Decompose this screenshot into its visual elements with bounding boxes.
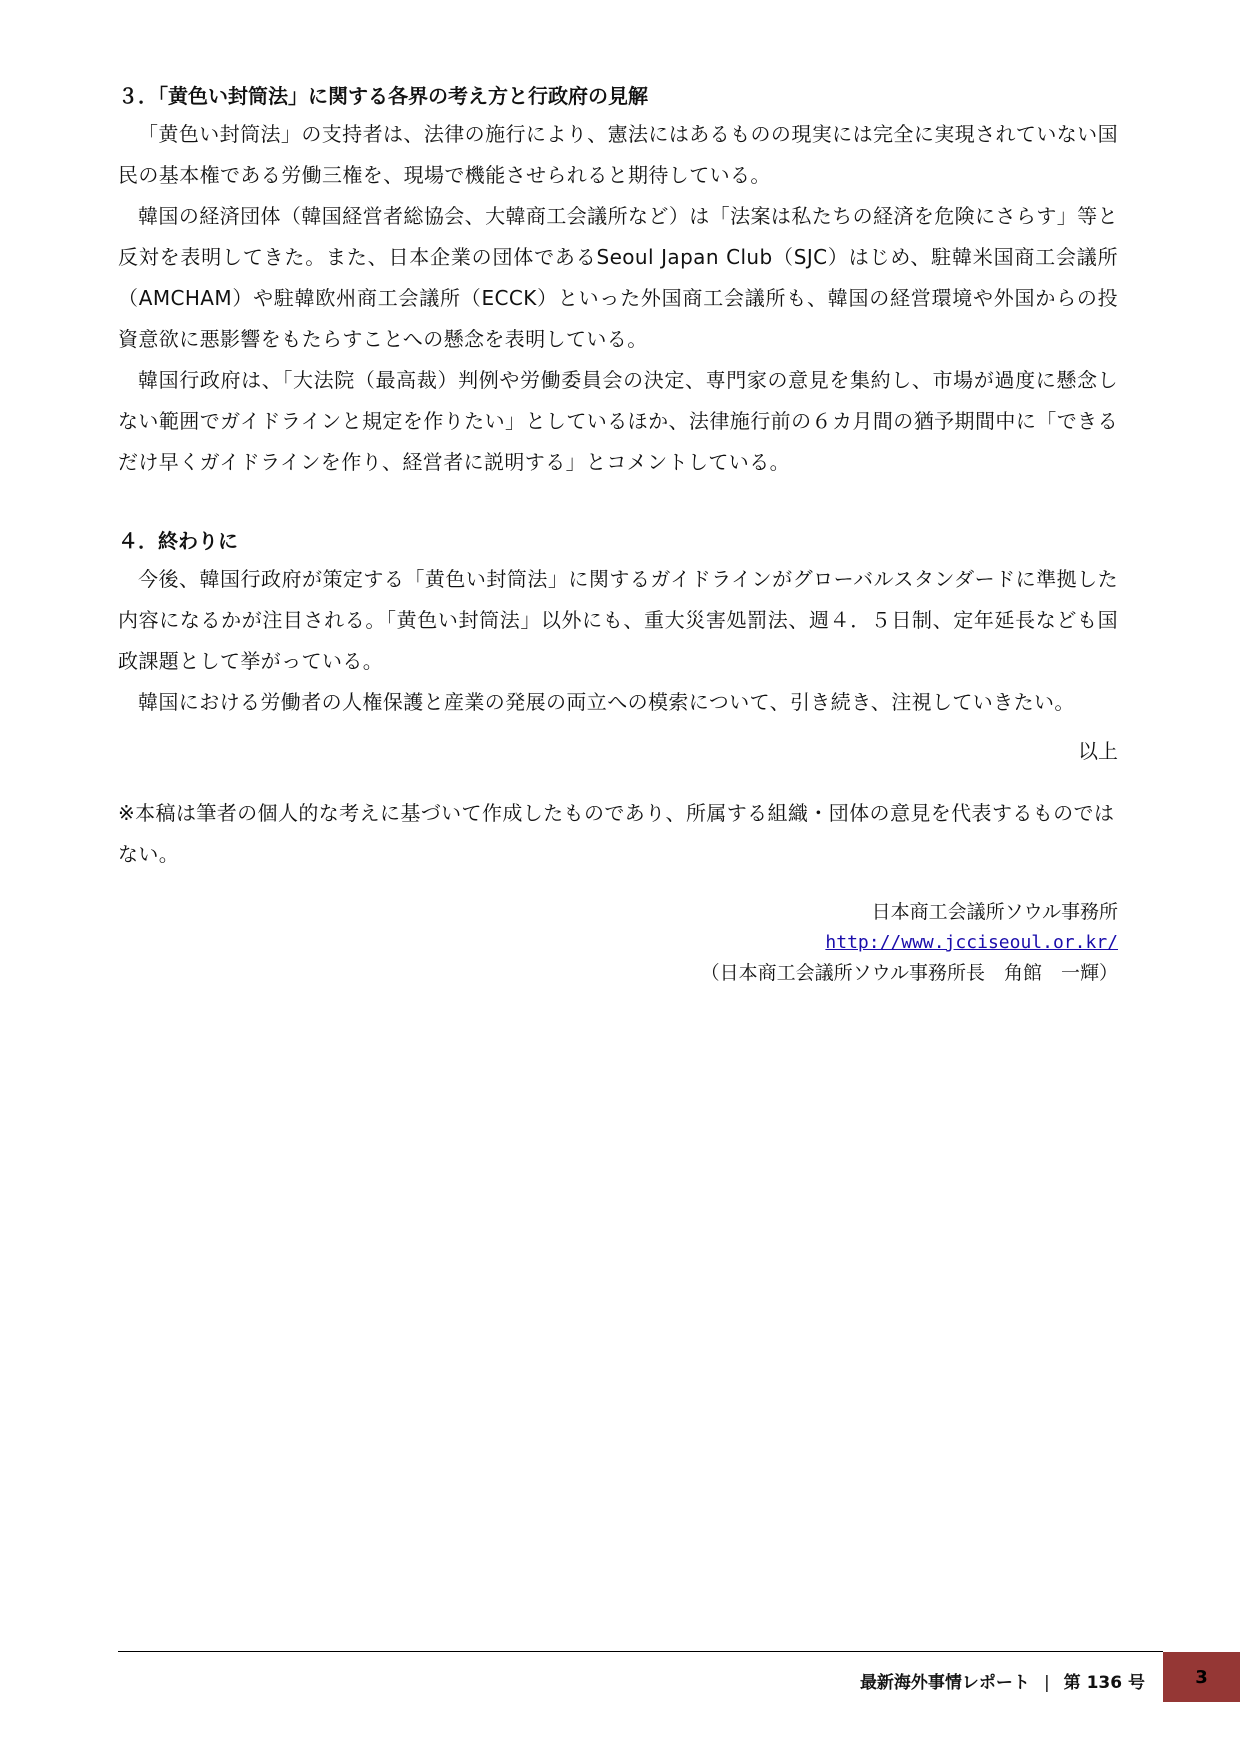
signature-author: （日本商工会議所ソウル事務所長 角館 一輝） <box>118 958 1118 988</box>
footer-issue-number: 第 136 号 <box>1064 1673 1145 1693</box>
disclaimer-note: ※本稿は筆者の個人的な考えに基づいて作成したものであり、所属する組織・団体の意見… <box>118 793 1118 875</box>
section-3-paragraph-1: 「黄色い封筒法」の支持者は、法律の施行により、憲法にはあるものの現実には完全に実… <box>118 114 1118 196</box>
section-4-paragraph-2: 韓国における労働者の人権保護と産業の発展の両立への模索について、引き続き、注視し… <box>118 682 1118 723</box>
closing-mark: 以上 <box>118 733 1118 769</box>
signature-block: 日本商工会議所ソウル事務所 http://www.jcciseoul.or.kr… <box>118 897 1118 988</box>
footer-publication-title: 最新海外事情レポート <box>860 1673 1030 1693</box>
section-4-heading: ４．終わりに <box>118 523 1118 559</box>
page-number: 3 <box>1195 1667 1208 1688</box>
document-body: ３．「黄色い封筒法」に関する各界の考え方と行政府の見解 「黄色い封筒法」の支持者… <box>118 78 1118 988</box>
section-3-paragraph-2: 韓国の経済団体（韓国経営者総協会、大韓商工会議所など）は「法案は私たちの経済を危… <box>118 196 1118 360</box>
signature-organization: 日本商工会議所ソウル事務所 <box>118 897 1118 927</box>
footer-publication-info: 最新海外事情レポート|第 136 号 <box>860 1668 1145 1693</box>
footer-separator: | <box>1044 1673 1050 1693</box>
section-3-paragraph-3: 韓国行政府は、「大法院（最高裁）判例や労働委員会の決定、専門家の意見を集約し、市… <box>118 360 1118 483</box>
section-gap <box>118 483 1118 523</box>
section-3-heading: ３．「黄色い封筒法」に関する各界の考え方と行政府の見解 <box>118 78 1118 114</box>
footer-divider <box>118 1651 1163 1652</box>
page-number-badge: 3 <box>1163 1652 1240 1702</box>
organization-url-link[interactable]: http://www.jcciseoul.or.kr/ <box>825 932 1118 953</box>
section-4-paragraph-1: 今後、韓国行政府が策定する「黄色い封筒法」に関するガイドラインがグローバルスタン… <box>118 559 1118 682</box>
